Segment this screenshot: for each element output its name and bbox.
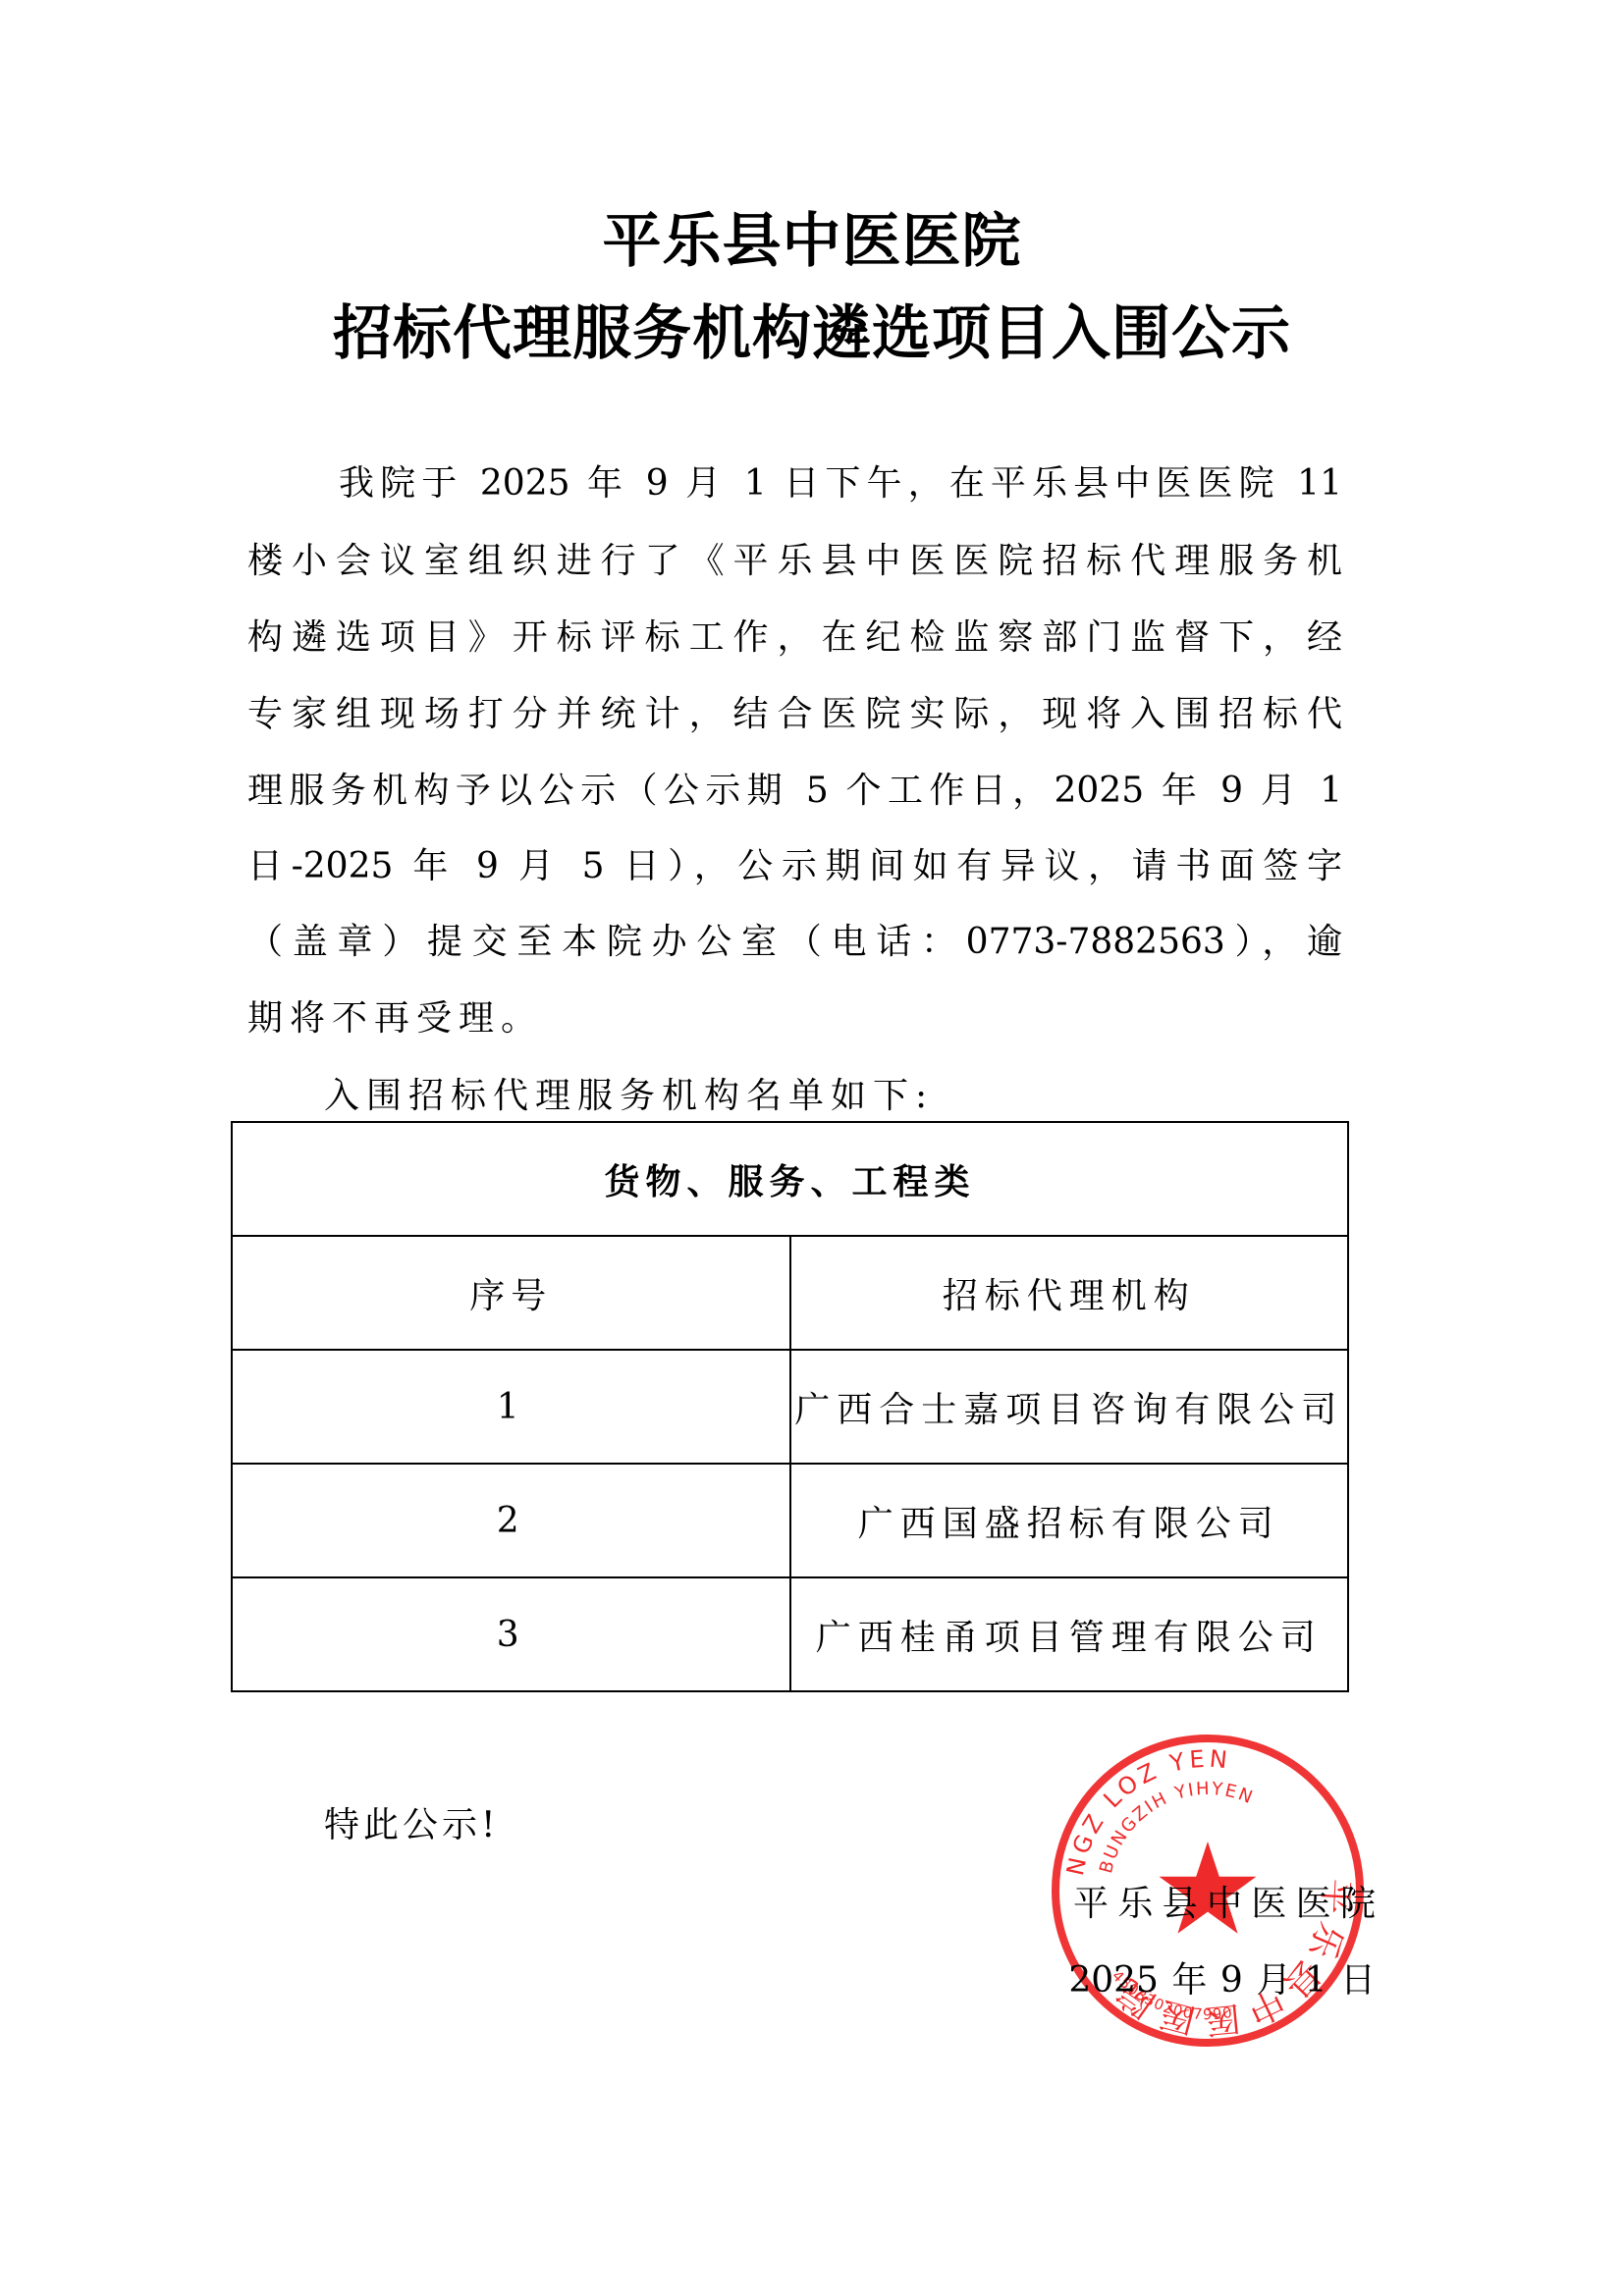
document-title-line1: 平乐县中医医院	[0, 207, 1624, 276]
body-line-3: 构遴选项目》开标评标工作，在纪检监察部门监督下，经	[247, 616, 1342, 660]
row-index: 1	[232, 1350, 790, 1464]
signature-org: 平乐县中医医院	[1073, 1883, 1376, 1926]
row-agency: 广西桂甬项目管理有限公司	[790, 1577, 1349, 1691]
table-row: 2 广西国盛招标有限公司	[232, 1464, 1348, 1577]
table-row: 1 广西合士嘉项目咨询有限公司	[232, 1350, 1348, 1464]
document-title-line2: 招标代理服务机构遴选项目入围公示	[0, 299, 1624, 368]
column-header-agency: 招标代理机构	[790, 1236, 1349, 1350]
seal-ring-text-outer: NGZ LOZ YEN	[1061, 1745, 1232, 1879]
list-intro: 入围招标代理服务机构名单如下:	[324, 1075, 934, 1118]
column-header-index: 序号	[232, 1236, 790, 1350]
row-agency: 广西合士嘉项目咨询有限公司	[790, 1350, 1349, 1464]
table-category-row: 货物、服务、工程类	[232, 1122, 1348, 1236]
table-row: 3 广西桂甬项目管理有限公司	[232, 1577, 1348, 1691]
svg-text:NGZ LOZ YEN: NGZ LOZ YEN	[1061, 1745, 1232, 1879]
body-line-5: 理服务机构予以公示（公示期 5 个工作日，2025 年 9 月 1	[247, 770, 1342, 813]
svg-text:BUNGZIH YIHYEN: BUNGZIH YIHYEN	[1096, 1779, 1257, 1876]
body-line-4: 专家组现场打分并统计，结合医院实际，现将入围招标代	[247, 693, 1342, 736]
seal-ring-text-inner: BUNGZIH YIHYEN	[1096, 1779, 1257, 1876]
signature-date: 2025 年 9 月 1 日	[1065, 1959, 1376, 2002]
body-line-7: （盖章）提交至本院办公室（电话：0773-7882563），逾	[247, 921, 1342, 964]
document-page: 平乐县中医医院 招标代理服务机构遴选项目入围公示 我院于 2025 年 9 月 …	[0, 0, 1624, 2296]
body-line-8: 期将不再受理。	[247, 997, 543, 1041]
body-line-1: 我院于 2025 年 9 月 1 日下午，在平乐县中医医院 11	[339, 462, 1342, 506]
agency-table: 货物、服务、工程类 序号 招标代理机构 1 广西合士嘉项目咨询有限公司 2 广西…	[231, 1121, 1349, 1692]
row-index: 2	[232, 1464, 790, 1577]
table-category-header: 货物、服务、工程类	[232, 1122, 1348, 1236]
closing-text: 特此公示!	[324, 1804, 499, 1847]
row-agency: 广西国盛招标有限公司	[790, 1464, 1349, 1577]
row-index: 3	[232, 1577, 790, 1691]
table-header-row: 序号 招标代理机构	[232, 1236, 1348, 1350]
body-line-2: 楼小会议室组织进行了《平乐县中医医院招标代理服务机	[247, 540, 1342, 583]
body-line-6: 日-2025 年 9 月 5 日），公示期间如有异议，请书面签字	[247, 845, 1342, 888]
